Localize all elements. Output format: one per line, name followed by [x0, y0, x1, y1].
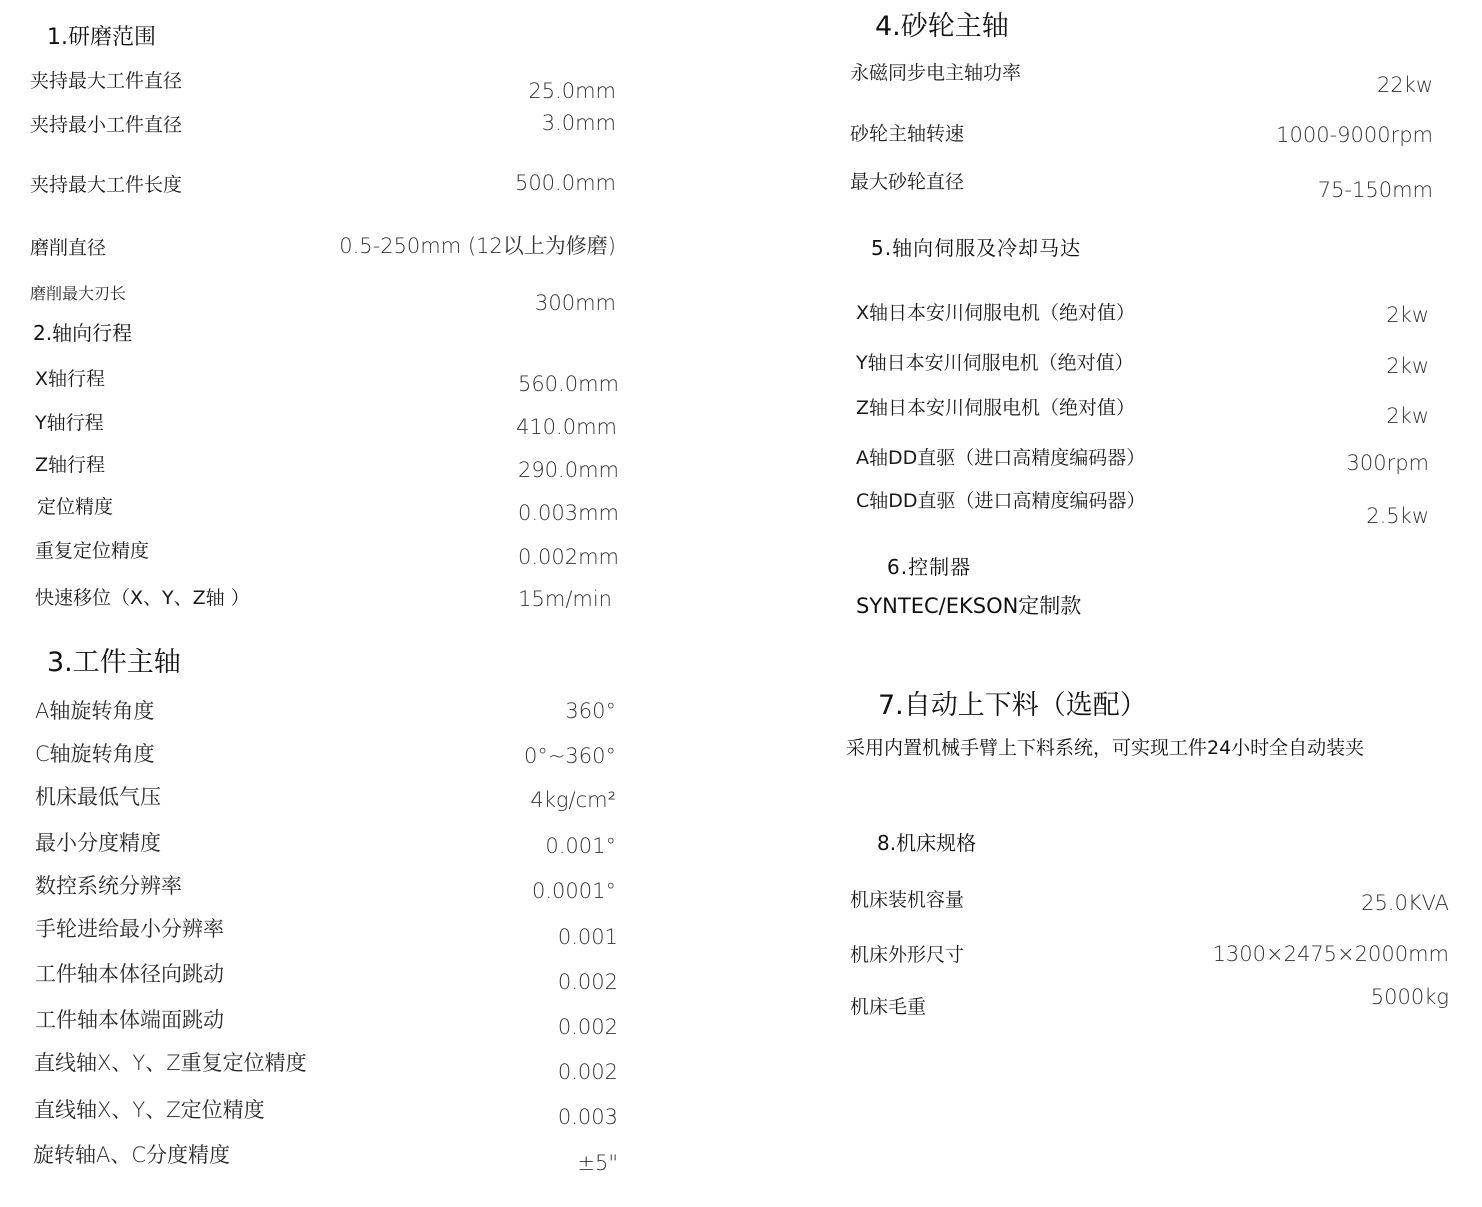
spec-label: Z轴行程	[35, 450, 105, 477]
spec-value: 0.001°	[545, 834, 616, 858]
spec-label: 夹持最大工件长度	[30, 170, 182, 197]
spec-value: 300mm	[535, 291, 616, 315]
spec-label: C轴DD直驱（进口高精度编码器）	[856, 486, 1146, 513]
spec-value: 0.001	[558, 925, 618, 949]
spec-label: A轴旋转角度	[35, 695, 154, 725]
spec-label: 直线轴X、Y、Z重复定位精度	[34, 1047, 307, 1077]
spec-label: 砂轮主轴转速	[850, 119, 964, 146]
spec-label: Y轴日本安川伺服电机（绝对值）	[856, 348, 1134, 375]
spec-value: 15m/min	[518, 587, 612, 611]
spec-value: 2.5kw	[1366, 504, 1429, 528]
section-title-auto-loading: 7.自动上下料（选配）	[878, 683, 1147, 722]
spec-label: A轴DD直驱（进口高精度编码器）	[856, 443, 1145, 470]
spec-label: 机床外形尺寸	[850, 940, 964, 967]
spec-label: 机床毛重	[850, 992, 926, 1019]
spec-value: 3.0mm	[542, 111, 616, 135]
spec-label: 机床装机容量	[850, 885, 964, 912]
spec-label: C轴旋转角度	[35, 738, 155, 768]
spec-label: 磨削直径	[30, 233, 106, 260]
spec-label: 定位精度	[37, 492, 113, 519]
spec-value: 290.0mm	[518, 458, 619, 482]
spec-label: 最大砂轮直径	[850, 167, 964, 194]
controller-text: SYNTEC/EKSON定制款	[856, 590, 1081, 620]
section-title-axis-travel: 2.轴向行程	[33, 317, 132, 346]
spec-value: 0.002	[558, 1015, 618, 1039]
spec-value: 25.0KVA	[1361, 891, 1449, 915]
spec-value: 500.0mm	[515, 171, 616, 195]
spec-value: 0.002	[558, 970, 618, 994]
spec-value: 22kw	[1377, 73, 1433, 97]
spec-label: 工件轴本体端面跳动	[35, 1004, 224, 1034]
spec-label: 重复定位精度	[35, 536, 149, 563]
spec-value: 2kw	[1386, 404, 1429, 428]
spec-label: 永磁同步电主轴功率	[850, 58, 1021, 85]
spec-label: X轴日本安川伺服电机（绝对值）	[856, 298, 1135, 325]
spec-label: 直线轴X、Y、Z定位精度	[34, 1094, 265, 1124]
section-title-grinding-range: 1.研磨范围	[47, 20, 156, 51]
spec-label: 夹持最大工件直径	[30, 66, 182, 93]
section-title-servo-motors: 5.轴向伺服及冷却马达	[871, 232, 1081, 261]
spec-value: 0.002mm	[518, 545, 619, 569]
spec-label: Y轴行程	[35, 408, 104, 435]
spec-value: 2kw	[1386, 303, 1429, 327]
spec-label: 手轮进给最小分辨率	[35, 913, 224, 943]
spec-label: 数控系统分辨率	[35, 870, 182, 900]
spec-value: 0.5-250mm (12以上为修磨)	[339, 230, 616, 260]
spec-value: 0.003mm	[518, 501, 619, 525]
spec-label: 工件轴本体径向跳动	[35, 958, 224, 988]
section-title-wheel-spindle: 4.砂轮主轴	[875, 4, 1009, 43]
spec-value: 300rpm	[1346, 451, 1429, 475]
spec-value: 0.002	[558, 1060, 618, 1084]
section-title-workpiece-spindle: 3.工件主轴	[47, 640, 181, 679]
spec-value: 4kg/cm²	[530, 788, 616, 812]
spec-label: 旋转轴A、C分度精度	[33, 1139, 230, 1169]
spec-value: 0.003	[558, 1105, 618, 1129]
section-title-machine-specs: 8.机床规格	[877, 827, 976, 856]
spec-value: 1000-9000rpm	[1276, 123, 1433, 147]
spec-value: 5000kg	[1371, 985, 1449, 1009]
auto-loading-text: 采用内置机械手臂上下料系统，可实现工件24小时全自动装夹	[846, 733, 1364, 760]
spec-value: 560.0mm	[518, 372, 619, 396]
spec-value: 75-150mm	[1318, 178, 1433, 202]
spec-value: 410.0mm	[516, 415, 617, 439]
spec-value: ±5"	[577, 1151, 618, 1175]
spec-value: 1300×2475×2000mm	[1213, 942, 1449, 966]
spec-value: 25.0mm	[528, 79, 616, 103]
spec-label: 夹持最小工件直径	[30, 110, 182, 137]
section-title-controller: 6.控制器	[887, 551, 971, 580]
spec-label: 机床最低气压	[35, 781, 161, 811]
spec-label: 快速移位（X、Y、Z轴 ）	[35, 583, 250, 610]
spec-value: 2kw	[1386, 354, 1429, 378]
spec-value: 360°	[565, 699, 616, 723]
spec-value: 0.0001°	[532, 879, 616, 903]
spec-label: Z轴日本安川伺服电机（绝对值）	[856, 393, 1135, 420]
spec-value: 0°~360°	[524, 744, 616, 768]
spec-label: X轴行程	[35, 364, 105, 391]
spec-label: 最小分度精度	[35, 827, 161, 857]
spec-label: 磨削最大刃长	[30, 281, 126, 304]
